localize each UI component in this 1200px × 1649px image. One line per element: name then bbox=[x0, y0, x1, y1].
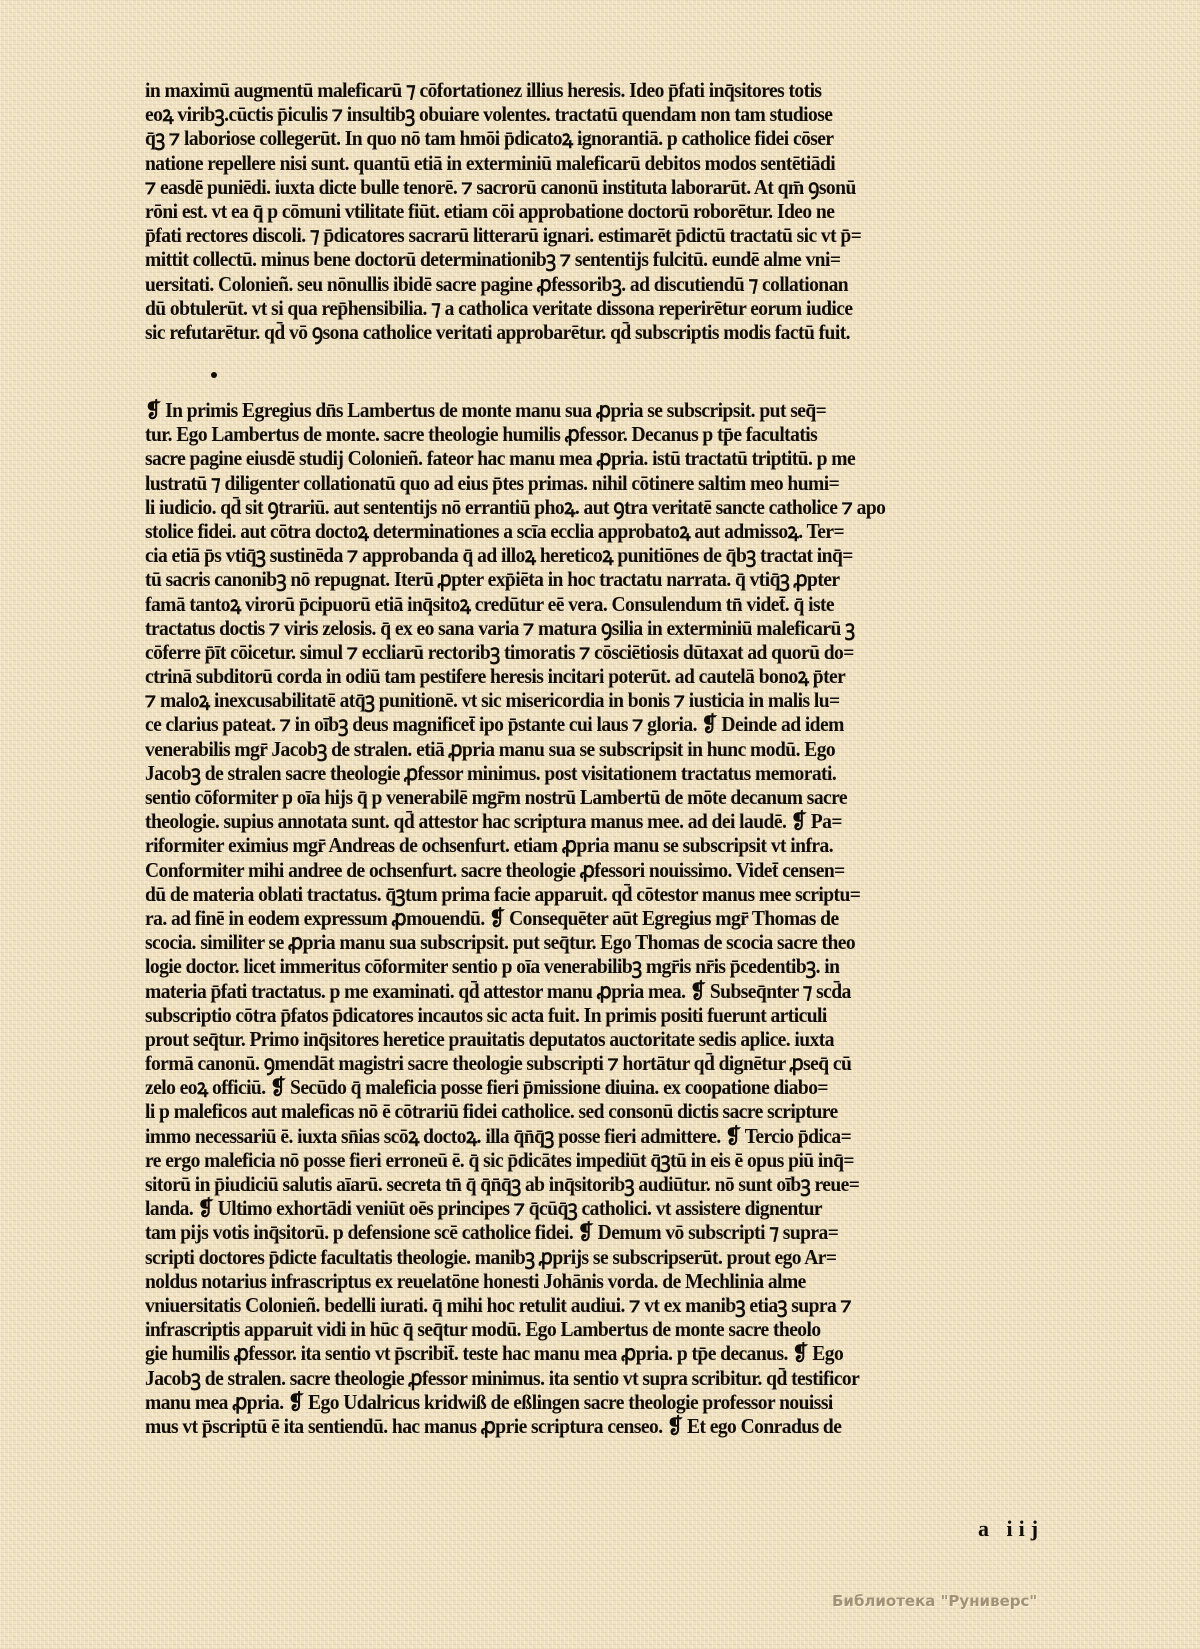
text-line: ce clarius pateat. ⁊ in oībꝫ deus magnif… bbox=[145, 712, 982, 736]
text-line: li p maleficos aut maleficas nō ē cōtrar… bbox=[145, 1099, 982, 1123]
text-line: mus vt p̄scriptū ē ita sentiendū. hac ma… bbox=[145, 1414, 982, 1438]
text-line: ⁊ easdē puniēdi. iuxta dicte bulle tenor… bbox=[145, 175, 982, 199]
text-line: Conformiter mihi andree de ochsenfurt. s… bbox=[145, 858, 982, 882]
text-line: tam pijs votis inq̄sitorū. p defensione … bbox=[145, 1220, 982, 1244]
text-line: noldus notarius infrascriptus ex reuelat… bbox=[145, 1269, 982, 1293]
signature-mark: a iij bbox=[978, 1516, 1044, 1542]
text-line: subscriptio cōtra p̄fatos p̄dicatores in… bbox=[145, 1003, 982, 1027]
text-line: eoꝝ viribꝫ.cūctis p̄iculis ⁊ insultibꝫ o… bbox=[145, 102, 982, 126]
text-line: immo necessariū ē. iuxta sn̄ias scōꝝ doc… bbox=[145, 1124, 982, 1148]
text-line: ra. ad finē in eodem expressum ꝓmouendū.… bbox=[145, 906, 982, 930]
text-line: re ergo maleficia nō posse fieri erroneū… bbox=[145, 1148, 982, 1172]
text-line: Jacobꝫ de stralen sacre theologie ꝓfesso… bbox=[145, 761, 982, 785]
text-line: tū sacris canonibꝫ nō repugnat. Iterū ꝓp… bbox=[145, 567, 982, 591]
text-line: rōni est. vt ea q̄ p cōmuni vtilitate fi… bbox=[145, 199, 982, 223]
text-line: manu mea ꝓpria. ❡ Ego Udalricus kridwiß … bbox=[145, 1390, 982, 1414]
text-line: zelo eoꝝ officiū. ❡ Secūdo q̄ maleficia … bbox=[145, 1075, 982, 1099]
text-line: dū obtulerūt. vt si qua rep̄hensibilia. … bbox=[145, 296, 982, 320]
text-line: vniuersitatis Colonieñ. bedelli iurati. … bbox=[145, 1293, 982, 1317]
text-line: formā canonū. ꝯmendāt magistri sacre the… bbox=[145, 1051, 982, 1075]
text-line: prout seq̄tur. Primo inq̄sitores heretic… bbox=[145, 1027, 982, 1051]
text-line: natione repellere nisi sunt. quantū etiā… bbox=[145, 151, 982, 175]
text-line: riformiter eximius mgr̄ Andreas de ochse… bbox=[145, 833, 982, 857]
text-line: sic refutarētur. qd̄ vō ꝯsona catholice … bbox=[145, 320, 982, 344]
text-line: ⁊ maloꝝ inexcusabilitatē atq̄ꝫ punitionē… bbox=[145, 688, 982, 712]
text-line: ❡ In primis Egregius dn̄s Lambertus de m… bbox=[145, 398, 982, 422]
paragraph-intro: in maximū augmentū maleficarū ⁊ cōfortat… bbox=[145, 78, 1045, 344]
text-line: Jacobꝫ de stralen. sacre theologie ꝓfess… bbox=[145, 1366, 982, 1390]
text-line: theologie. supius annotata sunt. qd̄ att… bbox=[145, 809, 982, 833]
text-line: logie doctor. licet immeritus cōformiter… bbox=[145, 954, 982, 978]
text-line: in maximū augmentū maleficarū ⁊ cōfortat… bbox=[145, 78, 982, 102]
text-line: cia etiā p̄s vtiq̄ꝫ sustinēda ⁊ approban… bbox=[145, 543, 982, 567]
text-line: cōferre p̄īt cōicetur. simul ⁊ eccliarū … bbox=[145, 640, 982, 664]
text-line: tractatus doctis ⁊ viris zelosis. q̄ ex … bbox=[145, 616, 982, 640]
text-line: q̄ꝫ ⁊ laboriose collegerūt. In quo nō ta… bbox=[145, 126, 982, 150]
text-line: scocia. similiter se ꝓpria manu sua subs… bbox=[145, 930, 982, 954]
text-line: sacre pagine eiusdē studij Colonieñ. fat… bbox=[145, 446, 982, 470]
text-line: dū de materia oblati tractatus. q̄ꝫtum p… bbox=[145, 882, 982, 906]
text-line: tur. Ego Lambertus de monte. sacre theol… bbox=[145, 422, 982, 446]
text-line: ctrinā subditorū corda in odiū tam pesti… bbox=[145, 664, 982, 688]
text-line: uersitati. Colonieñ. seu nōnullis ibidē … bbox=[145, 272, 982, 296]
text-line: lustratū ⁊ diligenter collationatū quo a… bbox=[145, 471, 982, 495]
text-line: infrascriptis apparuit vidi in hūc q̄ se… bbox=[145, 1317, 982, 1341]
text-line: sentio cōformiter p oīa hijs q̄ p venera… bbox=[145, 785, 982, 809]
text-line: stolice fidei. aut cōtra doctoꝝ determin… bbox=[145, 519, 982, 543]
text-line: scripti doctores p̄dicte facultatis theo… bbox=[145, 1245, 982, 1269]
paragraph-subscriptions: ❡ In primis Egregius dn̄s Lambertus de m… bbox=[145, 398, 1045, 1438]
text-line: li iudicio. qd̄ sit ꝯtrariū. aut sentent… bbox=[145, 495, 982, 519]
text-line: p̄fati rectores discoli. ⁊ p̄dicatores s… bbox=[145, 223, 982, 247]
library-watermark: Библиотека "Руниверс" bbox=[832, 1592, 1037, 1610]
text-line: materia p̄fati tractatus. p me examinati… bbox=[145, 979, 982, 1003]
ink-dot bbox=[211, 372, 217, 378]
text-line: gie humilis ꝓfessor. ita sentio vt p̄scr… bbox=[145, 1341, 982, 1365]
text-line: sitorū in p̄iudiciū salutis aīarū. secre… bbox=[145, 1172, 982, 1196]
text-line: venerabilis mgr̄ Jacobꝫ de stralen. etiā… bbox=[145, 737, 982, 761]
text-line: landa. ❡ Ultimo exhortādi veniūt oēs pri… bbox=[145, 1196, 982, 1220]
document-page: in maximū augmentū maleficarū ⁊ cōfortat… bbox=[0, 0, 1200, 1649]
text-line: mittit collectū. minus bene doctorū dete… bbox=[145, 247, 982, 271]
text-line: famā tantoꝝ virorū p̄cipuorū etiā inq̄si… bbox=[145, 592, 982, 616]
